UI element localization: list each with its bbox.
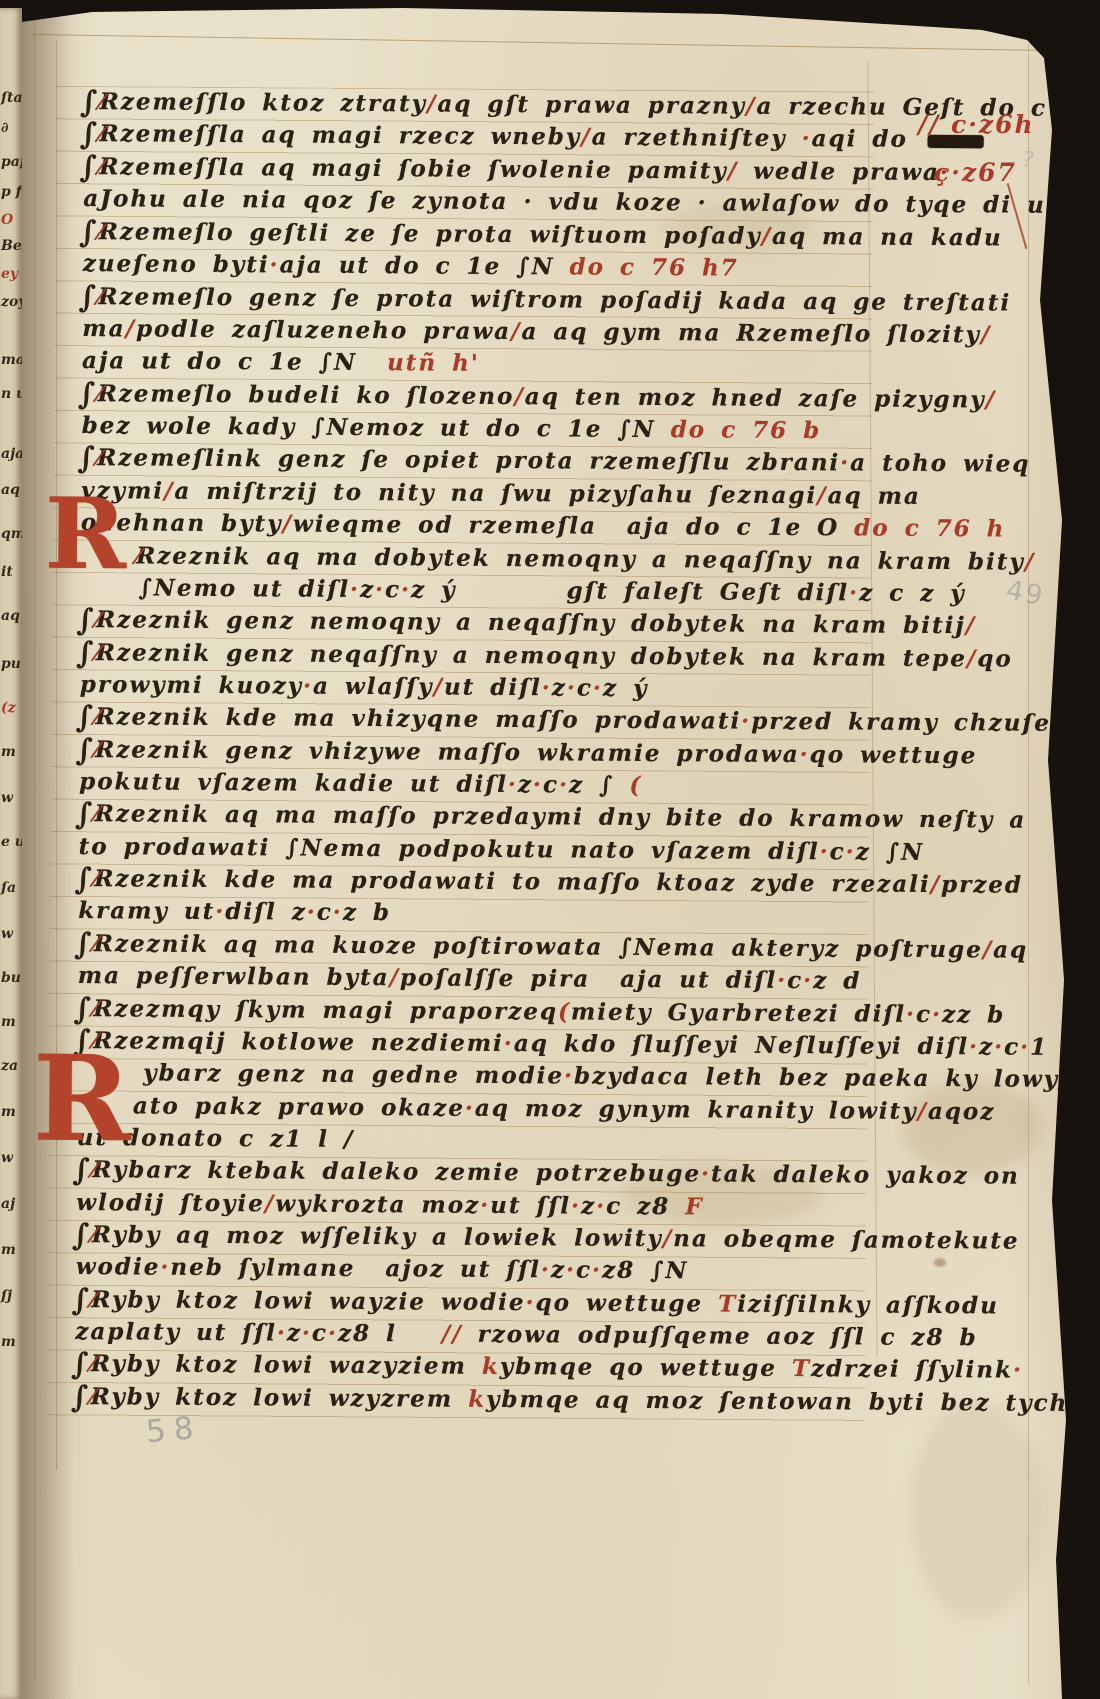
text-segment: aq ma na kadu <box>772 223 1003 252</box>
manuscript-page: ∫/Rzemeſſlo ktoz ztraty/aq gſt prawa pra… <box>22 0 1084 1699</box>
text-segment: aq <box>993 936 1028 963</box>
text-segment: / <box>981 321 992 348</box>
text-segment: do c 76 h <box>854 514 1005 542</box>
text-segment: · <box>969 1033 979 1060</box>
text-segment: / <box>427 90 438 117</box>
manuscript-line: prowymi kuozy·a wlaſſy/ut diſl·z·c·z ý <box>80 671 649 703</box>
gutter-text-fragment: ma <box>1 352 22 368</box>
text-segment: ma <box>82 315 125 342</box>
text-segment: do c 76 h7 <box>569 253 738 281</box>
text-segment: 1 T <box>1030 1034 1082 1061</box>
text-segment: / <box>967 645 978 672</box>
text-segment: zdrzei ſſylink <box>811 1355 1013 1383</box>
gutter-text-fragment: m <box>1 1334 16 1350</box>
text-segment: · <box>592 1257 602 1284</box>
text-segment: c <box>576 1256 592 1283</box>
text-segment: diſl z <box>225 898 307 926</box>
gutter-text-fragment: ſta <box>1 90 22 106</box>
manuscript-line: ma peſſerwlban byta/poſalſſe pira aja ut… <box>78 962 862 995</box>
text-segment: Ryby ktoz lowi wazyziem <box>91 1350 482 1380</box>
text-segment: / <box>986 386 997 413</box>
text-segment: gſt faleſt Geſt diſl <box>566 577 849 606</box>
text-segment: utñ h' <box>387 349 480 377</box>
text-segment: przed kramy chzuſe <box>751 708 1051 737</box>
text-segment: z <box>581 1193 596 1220</box>
text-segment: · <box>800 741 810 768</box>
text-segment: / <box>931 871 942 898</box>
manuscript-line: vzymi/a miſtrzij to nity na ſwu pizyſahu… <box>81 477 921 511</box>
text-segment: z <box>287 1319 302 1346</box>
text-segment: / <box>966 612 977 639</box>
text-segment: ut ſſl <box>490 1192 571 1220</box>
text-segment: pokutu vſazem kadie ut diſl <box>79 768 508 798</box>
text-segment: · <box>215 898 225 925</box>
gutter-text-fragment: aj <box>1 1196 15 1212</box>
text-segment: Rzemeſſla aq magi rzecz wneby <box>99 120 581 150</box>
text-segment: qo <box>977 645 1013 672</box>
text-segment: Rzezmqy ſkym magi praporzeq <box>93 995 558 1025</box>
gutter-text-fragment: m <box>1 1104 16 1120</box>
text-segment: ybmqe aq moz ſentowan byti bez tycha <box>486 1386 1100 1417</box>
text-segment: · <box>567 674 577 701</box>
text-segment: Ryby aq moz wſſeliky a lowiek lowity <box>92 1221 663 1252</box>
text-segment: aja ut do c 1e ∫N <box>82 347 387 376</box>
text-segment: kramy ut <box>78 897 215 925</box>
text-segment: Rzemeſlo genz ſe prota wiſtrom poſadij k… <box>98 283 1011 316</box>
text-segment: Ryby ktoz lowi wzyzrem <box>91 1383 469 1413</box>
text-segment: zaplaty ut ſſl <box>75 1318 277 1346</box>
text-segment: zz b <box>942 1001 1005 1028</box>
gutter-text-fragment: p f <box>1 184 22 200</box>
text-segment: / <box>728 158 739 185</box>
text-segment: aq kdo ſluſſeyi Neſluſſeyi diſl <box>514 1030 969 1060</box>
text-segment: wykrozta moz <box>275 1190 480 1218</box>
text-segment: a toho wieq <box>850 449 1030 477</box>
text-segment: Rzemeſlo budeli ko ſlozeno <box>98 380 515 410</box>
text-segment: · <box>849 579 859 606</box>
text-segment: tak daleko yakoz on <box>711 1160 1020 1189</box>
text-segment: · <box>820 838 830 865</box>
manuscript-line: zueſeno byti·aja ut do c 1e ∫N do c 76 h… <box>83 250 739 283</box>
text-segment: qo wettuge <box>810 741 978 769</box>
text-segment: aja ut do c 1e ∫N <box>280 251 570 280</box>
text-segment: z b <box>343 899 391 926</box>
text-segment: · <box>480 1192 490 1219</box>
text-segment: c <box>385 576 401 603</box>
text-segment: / <box>125 315 136 342</box>
text-segment: · <box>802 125 812 152</box>
text-segment: ∫Nemo ut diſl <box>138 574 350 602</box>
text-segment: · <box>375 576 385 603</box>
text-segment: · <box>994 1033 1004 1060</box>
text-segment: · <box>564 1062 574 1089</box>
text-segment: / <box>282 510 293 537</box>
text-segment: · <box>596 1193 606 1220</box>
text-segment: c <box>916 1001 932 1028</box>
gutter-text-fragment: it <box>1 564 13 580</box>
text-segment: · <box>1013 1357 1023 1384</box>
gutter-text-fragment: aja <box>1 446 22 462</box>
text-segment: z ý <box>411 576 457 603</box>
text-segment: / <box>581 123 592 150</box>
text-segment: z8 ∫N <box>602 1257 689 1285</box>
text-segment: / <box>746 93 757 120</box>
text-segment: · <box>741 708 751 735</box>
text-segment: · <box>525 1289 535 1316</box>
text-segment: / <box>164 478 175 505</box>
text-segment: · <box>270 251 280 278</box>
text-segment: Rzezmqij kotlowe nezdiemi <box>93 1027 504 1057</box>
text-segment: · <box>559 771 569 798</box>
text-segment: wieqme od rzemeſla aja do c 1e O <box>293 510 854 541</box>
text-segment: · <box>302 1320 312 1347</box>
text-segment: k <box>482 1353 500 1380</box>
pencil-mark: 58 <box>145 1410 203 1451</box>
text-segment: Rzeznik aq ma kuoze poſtirowata ∫Nema ak… <box>94 930 983 963</box>
text-segment: miety Gyarbretezi diſl <box>571 998 906 1027</box>
gutter-text-fragment: pu <box>1 656 21 672</box>
text-segment: / <box>389 964 400 991</box>
text-segment: z <box>518 771 533 798</box>
text-segment: / <box>1059 1066 1070 1093</box>
text-segment: Rzeznik genz vhizywe maſſo wkramie proda… <box>95 736 800 768</box>
text-segment: c <box>543 771 559 798</box>
gutter-text-fragment: m <box>1 744 16 760</box>
text-segment: · <box>277 1319 287 1346</box>
text-segment: podle zaſluzeneho prawa <box>136 315 511 345</box>
gutter-text-fragment: n u <box>1 386 22 402</box>
gutter-text-fragment: Bel <box>1 238 22 254</box>
text-segment: aJohu ale nia qoz ſe zynota · vdu koze ·… <box>83 185 1073 219</box>
manuscript-line: bez wole kady ∫Nemoz ut do c 1e ∫N do c … <box>82 412 822 445</box>
manuscript-line: ∫Nemo ut diſl·z·c·z ýgſt faleſt Geſt diſ… <box>138 574 965 608</box>
text-segment: Rzemeſlo geſtli ze ſe prota wiſtuom poſa… <box>99 218 762 250</box>
gutter-text-fragment: qm <box>1 526 22 542</box>
gutter-text-fragment: ſa <box>1 880 16 896</box>
text-segment: · <box>303 673 313 700</box>
text-segment: z d <box>813 967 861 994</box>
text-segment: Rzemeſſla aq magi ſobie ſwolenie pamity <box>99 153 728 184</box>
manuscript-line: wodie·neb ſylmane ajoz ut ſſl·z·c·z8 ∫N <box>76 1253 689 1285</box>
text-segment: bzydaca leth bez paeka ky lowy <box>574 1062 1059 1092</box>
text-segment: c <box>830 838 846 865</box>
text-segment: z8 l <box>338 1320 442 1348</box>
gutter-text-fragment: aq <box>1 608 20 624</box>
text-segment: c <box>312 1320 328 1347</box>
text-segment: · <box>465 1095 475 1122</box>
struck-out-word <box>1052 103 1100 116</box>
manuscript-line: aja ut do c 1e ∫N utñ h' <box>82 347 480 378</box>
gutter-text-fragment: (z <box>1 700 16 716</box>
text-segment: aq moz gynym kranity lowity <box>475 1095 918 1125</box>
text-segment: wlodij ſtoyie <box>76 1189 265 1217</box>
text-segment: aqi do <box>812 125 923 153</box>
text-segment: · <box>777 967 787 994</box>
gutter-text-fragment: w <box>1 1150 13 1166</box>
text-segment: na obeqme ſamotekute <box>673 1225 1020 1254</box>
text-segment: neb ſylmane ajoz ut ſſl <box>170 1254 541 1284</box>
text-segment: poſalſſe pira aja ut diſl <box>400 964 777 994</box>
text-segment: iziſſilnky aſſkodu <box>737 1291 999 1320</box>
text-segment: z <box>360 576 375 603</box>
gutter-text-fragment: aq <box>1 482 20 498</box>
text-segment: · <box>401 576 411 603</box>
text-segment: z c z ý <box>859 579 966 607</box>
previous-page-edge: ſta∂paſp fOBeleyzoyman uajaaqqmitaqpu(zm… <box>0 8 22 1699</box>
text-segment: / <box>514 383 525 410</box>
manuscript-line: wlodij ſtoyie/wykrozta moz·ut ſſl·z·c z8… <box>76 1189 704 1221</box>
manuscript-line: pokutu vſazem kadie ut diſl·z·c·z ∫ ( <box>79 768 642 800</box>
gutter-text-fragment: bu <box>1 970 21 986</box>
gutter-text-fragment: m <box>1 1242 16 1258</box>
manuscript-line: kramy ut·diſl z·c·z b <box>78 897 391 927</box>
text-segment: · <box>307 899 317 926</box>
text-segment: zueſeno byti <box>83 250 270 278</box>
text-segment: ybarz genz na gedne modie <box>143 1059 564 1089</box>
text-segment: Rzemeſſlo ktoz ztraty <box>100 88 428 117</box>
text-segment: · <box>541 1256 551 1283</box>
gutter-text-fragment: O <box>1 212 13 228</box>
text-segment: aq ma <box>828 482 921 510</box>
text-segment: ut diſl <box>444 674 542 702</box>
text-segment: · <box>701 1160 711 1187</box>
rubric-initial: R <box>45 486 127 585</box>
text-segment: / <box>265 1190 276 1217</box>
text-segment: / <box>762 223 773 250</box>
text-segment: Rzeznik aq ma dobytek nemoqny a neqaſſny… <box>136 542 1025 575</box>
text-segment: · <box>508 771 518 798</box>
text-segment: z <box>552 674 567 701</box>
text-segment: a miſtrzij to nity na ſwu pizyſahu ſezna… <box>174 478 817 509</box>
text-segment <box>456 598 566 599</box>
text-segment: wedle prawa <box>738 158 940 186</box>
gutter-text-fragment: paſ <box>1 154 22 170</box>
text-segment: · <box>566 1256 576 1283</box>
text-segment: c <box>317 899 333 926</box>
text-segment: · <box>846 838 856 865</box>
text-segment: · <box>1020 1034 1030 1061</box>
text-segment: rzowa odpuſſqeme aoz ſſl c z8 b <box>478 1321 978 1351</box>
text-segment: · <box>328 1320 338 1347</box>
text-segment: T <box>792 1355 811 1382</box>
text-segment: a wlaſſy <box>313 673 434 701</box>
text-segment: // <box>442 1321 478 1348</box>
text-segment: ma peſſerwlban byta <box>78 962 390 991</box>
text-segment: qo wettuge <box>535 1289 718 1317</box>
text-segment: prowymi kuozy <box>80 671 303 700</box>
text-segment: · <box>504 1030 514 1057</box>
red-margin-citation: ç·z67 <box>934 158 1017 187</box>
text-segment: Rzeznik genz nemoqny a neqaſſny dobytek … <box>96 606 966 639</box>
text-segment: c <box>787 967 803 994</box>
gutter-text-fragment: w <box>1 926 13 942</box>
text-segment: · <box>571 1192 581 1219</box>
text-segment: · <box>333 899 343 926</box>
text-segment: do c 76 b <box>671 416 822 444</box>
text-segment: / <box>511 318 522 345</box>
text-segment: Rzemeſlink genz ſe opiet prota rzemeſſlu… <box>97 444 840 476</box>
text-segment: z ý <box>603 675 649 702</box>
text-segment: F <box>685 1193 704 1220</box>
text-segment: przed <box>941 871 1023 899</box>
text-segment: Rybarz ktebak daleko zemie potrzebuge <box>92 1156 701 1187</box>
text-segment: · <box>840 449 850 476</box>
text-segment: bez wole kady ∫Nemoz ut do c 1e ∫N <box>82 412 671 443</box>
manuscript-line: to prodawati ∫Nema podpokutu nato vſazem… <box>79 833 925 867</box>
text-segment: Rzeznik kde ma prodawati to maſſo ktoaz … <box>94 865 931 898</box>
text-segment: ( <box>629 772 642 799</box>
text-segment: ybmqe qo wettuge <box>500 1353 792 1382</box>
text-segment: ato pakz prawo okaze <box>133 1092 465 1121</box>
text-segment: / <box>1025 549 1036 576</box>
text-segment: to prodawati ∫Nema podpokutu nato vſazem… <box>79 833 820 865</box>
text-segment: z ∫ <box>569 771 630 798</box>
gutter-text-fragment: ∂ <box>1 120 8 136</box>
text-segment: wodie <box>76 1253 161 1281</box>
text-segment: Rzeznik kde ma vhizyqne maſſo prodawati <box>95 703 741 735</box>
gutter-text-fragment: e u <box>1 834 22 850</box>
text-segment: c <box>577 674 593 701</box>
text-segment: c <box>1004 1033 1020 1060</box>
gutter-text-fragment: ſj <box>1 1288 12 1304</box>
pencil-mark: 49 <box>1004 575 1047 612</box>
text-segment: z <box>979 1033 994 1060</box>
red-margin-citation: // c·z6h <box>918 110 1035 139</box>
text-segment: ( <box>558 998 571 1025</box>
text-segment: aqoz <box>928 1098 996 1125</box>
gutter-text-fragment: m <box>1 1014 16 1030</box>
text-segment: z ∫N <box>856 838 925 865</box>
text-segment: / <box>917 1098 928 1125</box>
manuscript-photo: ſta∂paſp fOBeleyzoyman uajaaqqmitaqpu(zm… <box>0 0 1100 1699</box>
gutter-text-fragment: zoy <box>1 294 22 310</box>
rubric-initial: R <box>33 1040 132 1159</box>
text-segment: Rzeznik aq ma maſſo przedaymi dny bite d… <box>95 800 1027 834</box>
text-segment: aq gſt prawa prazny <box>437 90 746 119</box>
text-segment: aq ten moz hned zaſe pizygny <box>525 383 986 413</box>
text-segment: · <box>593 675 603 702</box>
text-segment: a rzethniſtey <box>592 124 802 152</box>
text-segment: T <box>718 1290 737 1317</box>
text-segment: k <box>468 1386 486 1413</box>
text-segment: · <box>542 674 552 701</box>
text-segment: / <box>433 673 444 700</box>
gutter-text-fragment: ey <box>1 266 18 282</box>
text-segment: / <box>983 936 994 963</box>
text-segment: · <box>533 771 543 798</box>
text-segment: z <box>551 1256 566 1283</box>
text-segment: a aq gym ma Rzemeſlo ſlozity <box>521 318 981 348</box>
text-segment: Rzeznik genz neqaſſny a nemoqny dobytek … <box>96 639 967 672</box>
text-segment: · <box>160 1254 170 1281</box>
text-segment: c z8 <box>606 1193 685 1221</box>
gutter-text-fragment: za <box>1 1058 18 1074</box>
text-segment: Ryby ktoz lowi wayzie wodie <box>91 1286 525 1316</box>
text-segment: / <box>663 1225 674 1252</box>
gutter-text-fragment: w <box>1 790 13 806</box>
